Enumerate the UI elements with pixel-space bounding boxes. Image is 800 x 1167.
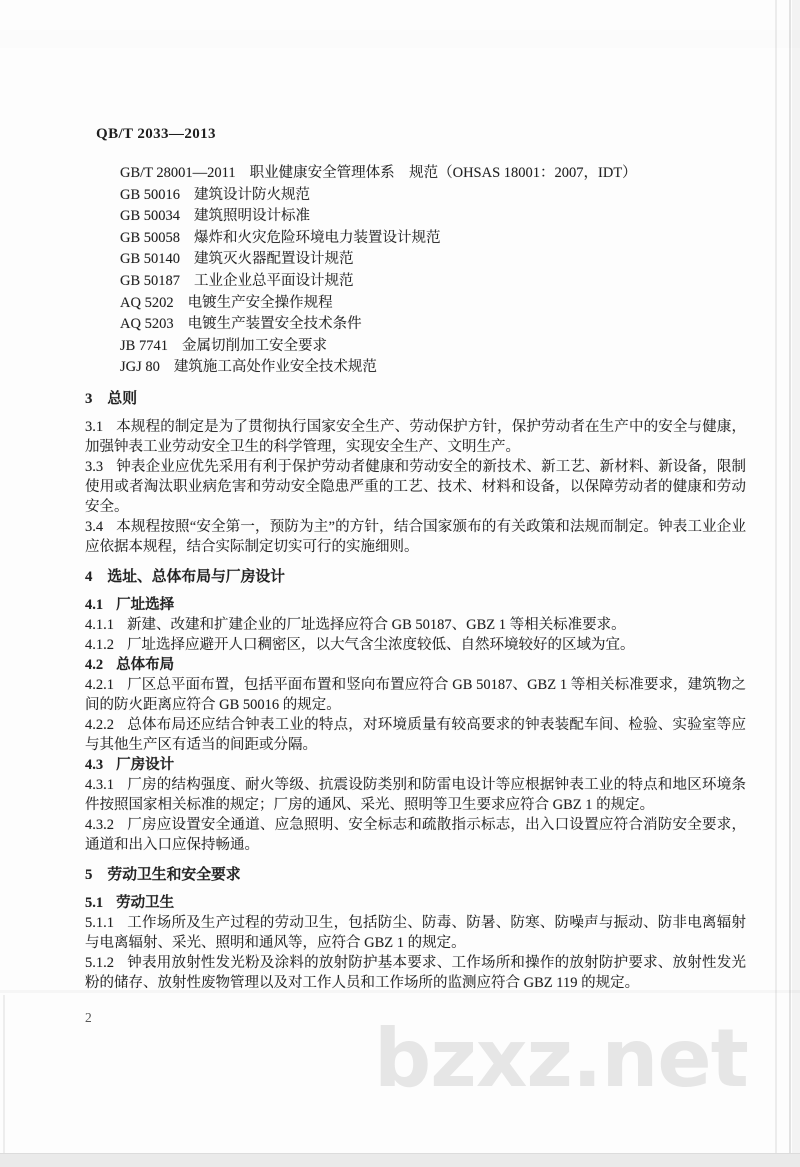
- section-block: 4.3.1厂房的结构强度、耐火等级、抗震设防类别和防雷电设计等应根据钟表工业的特…: [85, 775, 746, 815]
- section-number: 4.3.2: [85, 817, 114, 833]
- section-number: 3.3: [85, 459, 103, 475]
- section-number: 4.2: [85, 657, 103, 673]
- section-number: 3: [85, 391, 92, 407]
- section-number: 4: [85, 569, 92, 585]
- section-number: 4.3: [85, 757, 103, 773]
- section-text: 新建、改建和扩建企业的厂址选择应符合 GB 50187、GBZ 1 等相关标准要…: [127, 617, 626, 633]
- section-text: 厂房设计: [116, 757, 174, 773]
- section-number: 3.1: [85, 419, 103, 435]
- section-block: 5劳动卫生和安全要求: [85, 865, 746, 885]
- reference-code: GB/T 28001—2011: [120, 165, 236, 181]
- reference-item: GB 50058爆炸和火灾危险环境电力装置设计规范: [120, 228, 746, 250]
- section-text: 本规程的制定是为了贯彻执行国家安全生产、劳动保护方针，保护劳动者在生产中的安全与…: [85, 419, 746, 455]
- reference-title: 爆炸和火灾危险环境电力装置设计规范: [194, 230, 441, 246]
- page-number: 2: [85, 1010, 92, 1026]
- document-sections: 3总则 3.1本规程的制定是为了贯彻执行国家安全生产、劳动保护方针，保护劳动者在…: [85, 389, 746, 993]
- section-number: 4.1.2: [85, 637, 114, 653]
- document-content: GB/T 28001—2011职业健康安全管理体系 规范（OHSAS 18001…: [85, 163, 746, 993]
- section-number: 5.1: [85, 895, 103, 911]
- reference-code: GB 50187: [120, 273, 180, 289]
- reference-title: 金属切削加工安全要求: [182, 338, 327, 354]
- watermark: bzxz.net: [374, 1019, 748, 1099]
- standard-number-header: QB/T 2033—2013: [96, 126, 216, 143]
- section-block: 4.1.2厂址选择应避开人口稠密区，以大气含尘浓度较低、自然环境较好的区域为宜。: [85, 635, 746, 655]
- section-block: 4.3.2厂房应设置安全通道、应急照明、安全标志和疏散指示标志，出入口设置应符合…: [85, 815, 746, 855]
- reference-code: GB 50140: [120, 251, 180, 267]
- scan-band: [0, 30, 800, 48]
- section-number: 4.1: [85, 597, 103, 613]
- section-text: 本规程按照“安全第一，预防为主”的方针，结合国家颁布的有关政策和法规而制定。钟表…: [85, 519, 746, 555]
- reference-title: 建筑灭火器配置设计规范: [194, 251, 354, 267]
- reference-item: JGJ 80建筑施工高处作业安全技术规范: [120, 357, 746, 379]
- reference-code: JGJ 80: [120, 359, 160, 375]
- section-block: 4.3厂房设计: [85, 755, 746, 775]
- section-block: 3.4本规程按照“安全第一，预防为主”的方针，结合国家颁布的有关政策和法规而制定…: [85, 517, 746, 557]
- document-page: QB/T 2033—2013 GB/T 28001—2011职业健康安全管理体系…: [0, 0, 800, 1167]
- section-text: 总则: [107, 391, 137, 407]
- reference-code: GB 50034: [120, 208, 180, 224]
- section-text: 厂房的结构强度、耐火等级、抗震设防类别和防雷电设计等应根据钟表工业的特点和地区环…: [85, 777, 746, 813]
- section-block: 4选址、总体布局与厂房设计: [85, 567, 746, 587]
- section-block: 4.2.1厂区总平面布置，包括平面布置和竖向布置应符合 GB 50187、GBZ…: [85, 675, 746, 715]
- bottom-edge-strip: [0, 1153, 800, 1167]
- reference-code: AQ 5202: [120, 295, 174, 311]
- section-text: 钟表用放射性发光粉及涂料的放射防护基本要求、工作场所和操作的放射防护要求、放射性…: [85, 955, 746, 991]
- reference-item: GB 50140建筑灭火器配置设计规范: [120, 249, 746, 271]
- section-text: 选址、总体布局与厂房设计: [107, 569, 285, 585]
- section-text: 厂址选择应避开人口稠密区，以大气含尘浓度较低、自然环境较好的区域为宜。: [127, 637, 635, 653]
- section-number: 5.1.1: [85, 915, 114, 931]
- section-block: 3.1本规程的制定是为了贯彻执行国家安全生产、劳动保护方针，保护劳动者在生产中的…: [85, 417, 746, 457]
- section-block: 4.1厂址选择: [85, 595, 746, 615]
- reference-title: 建筑设计防火规范: [194, 187, 310, 203]
- section-text: 厂址选择: [116, 597, 174, 613]
- section-number: 4.2.2: [85, 717, 114, 733]
- section-text: 总体布局还应结合钟表工业的特点，对环境质量有较高要求的钟表装配车间、检验、实验室…: [85, 717, 746, 753]
- reference-item: AQ 5202电镀生产安全操作规程: [120, 293, 746, 315]
- reference-item: GB 50187工业企业总平面设计规范: [120, 271, 746, 293]
- section-block: 5.1劳动卫生: [85, 893, 746, 913]
- section-block: 5.1.2钟表用放射性发光粉及涂料的放射防护基本要求、工作场所和操作的放射防护要…: [85, 953, 746, 993]
- section-text: 钟表企业应优先采用有利于保护劳动者健康和劳动安全的新技术、新工艺、新材料、新设备…: [85, 459, 746, 515]
- reference-code: GB 50016: [120, 187, 180, 203]
- section-block: 5.1.1工作场所及生产过程的劳动卫生，包括防尘、防毒、防暑、防寒、防噪声与振动…: [85, 913, 746, 953]
- section-text: 工作场所及生产过程的劳动卫生，包括防尘、防毒、防暑、防寒、防噪声与振动、防非电离…: [85, 915, 746, 951]
- reference-item: GB/T 28001—2011职业健康安全管理体系 规范（OHSAS 18001…: [120, 163, 746, 185]
- reference-title: 职业健康安全管理体系 规范（OHSAS 18001：2007，IDT）: [250, 165, 637, 181]
- section-number: 4.2.1: [85, 677, 114, 693]
- section-number: 4.3.1: [85, 777, 114, 793]
- section-text: 厂区总平面布置，包括平面布置和竖向布置应符合 GB 50187、GBZ 1 等相…: [85, 677, 746, 713]
- reference-title: 电镀生产装置安全技术条件: [188, 316, 362, 332]
- section-number: 5: [85, 867, 92, 883]
- normative-references-list: GB/T 28001—2011职业健康安全管理体系 规范（OHSAS 18001…: [85, 163, 746, 379]
- reference-title: 电镀生产安全操作规程: [188, 295, 333, 311]
- reference-code: JB 7741: [120, 338, 168, 354]
- reference-title: 建筑施工高处作业安全技术规范: [174, 359, 377, 375]
- section-text: 劳动卫生: [116, 895, 174, 911]
- reference-title: 工业企业总平面设计规范: [194, 273, 354, 289]
- reference-title: 建筑照明设计标准: [194, 208, 310, 224]
- reference-item: GB 50016建筑设计防火规范: [120, 185, 746, 207]
- section-number: 4.1.1: [85, 617, 114, 633]
- section-block: 3总则: [85, 389, 746, 409]
- section-block: 4.1.1新建、改建和扩建企业的厂址选择应符合 GB 50187、GBZ 1 等…: [85, 615, 746, 635]
- reference-code: AQ 5203: [120, 316, 174, 332]
- section-number: 3.4: [85, 519, 103, 535]
- section-block: 4.2总体布局: [85, 655, 746, 675]
- reference-item: GB 50034建筑照明设计标准: [120, 206, 746, 228]
- page-edge-line-left: [3, 995, 5, 1153]
- section-text: 劳动卫生和安全要求: [107, 867, 240, 883]
- section-block: 4.2.2总体布局还应结合钟表工业的特点，对环境质量有较高要求的钟表装配车间、检…: [85, 715, 746, 755]
- reference-item: JB 7741金属切削加工安全要求: [120, 336, 746, 358]
- reference-item: AQ 5203电镀生产装置安全技术条件: [120, 314, 746, 336]
- reference-code: GB 50058: [120, 230, 180, 246]
- section-text: 厂房应设置安全通道、应急照明、安全标志和疏散指示标志，出入口设置应符合消防安全要…: [85, 817, 746, 853]
- section-block: 3.3钟表企业应优先采用有利于保护劳动者健康和劳动安全的新技术、新工艺、新材料、…: [85, 457, 746, 517]
- section-text: 总体布局: [116, 657, 174, 673]
- section-number: 5.1.2: [85, 955, 114, 971]
